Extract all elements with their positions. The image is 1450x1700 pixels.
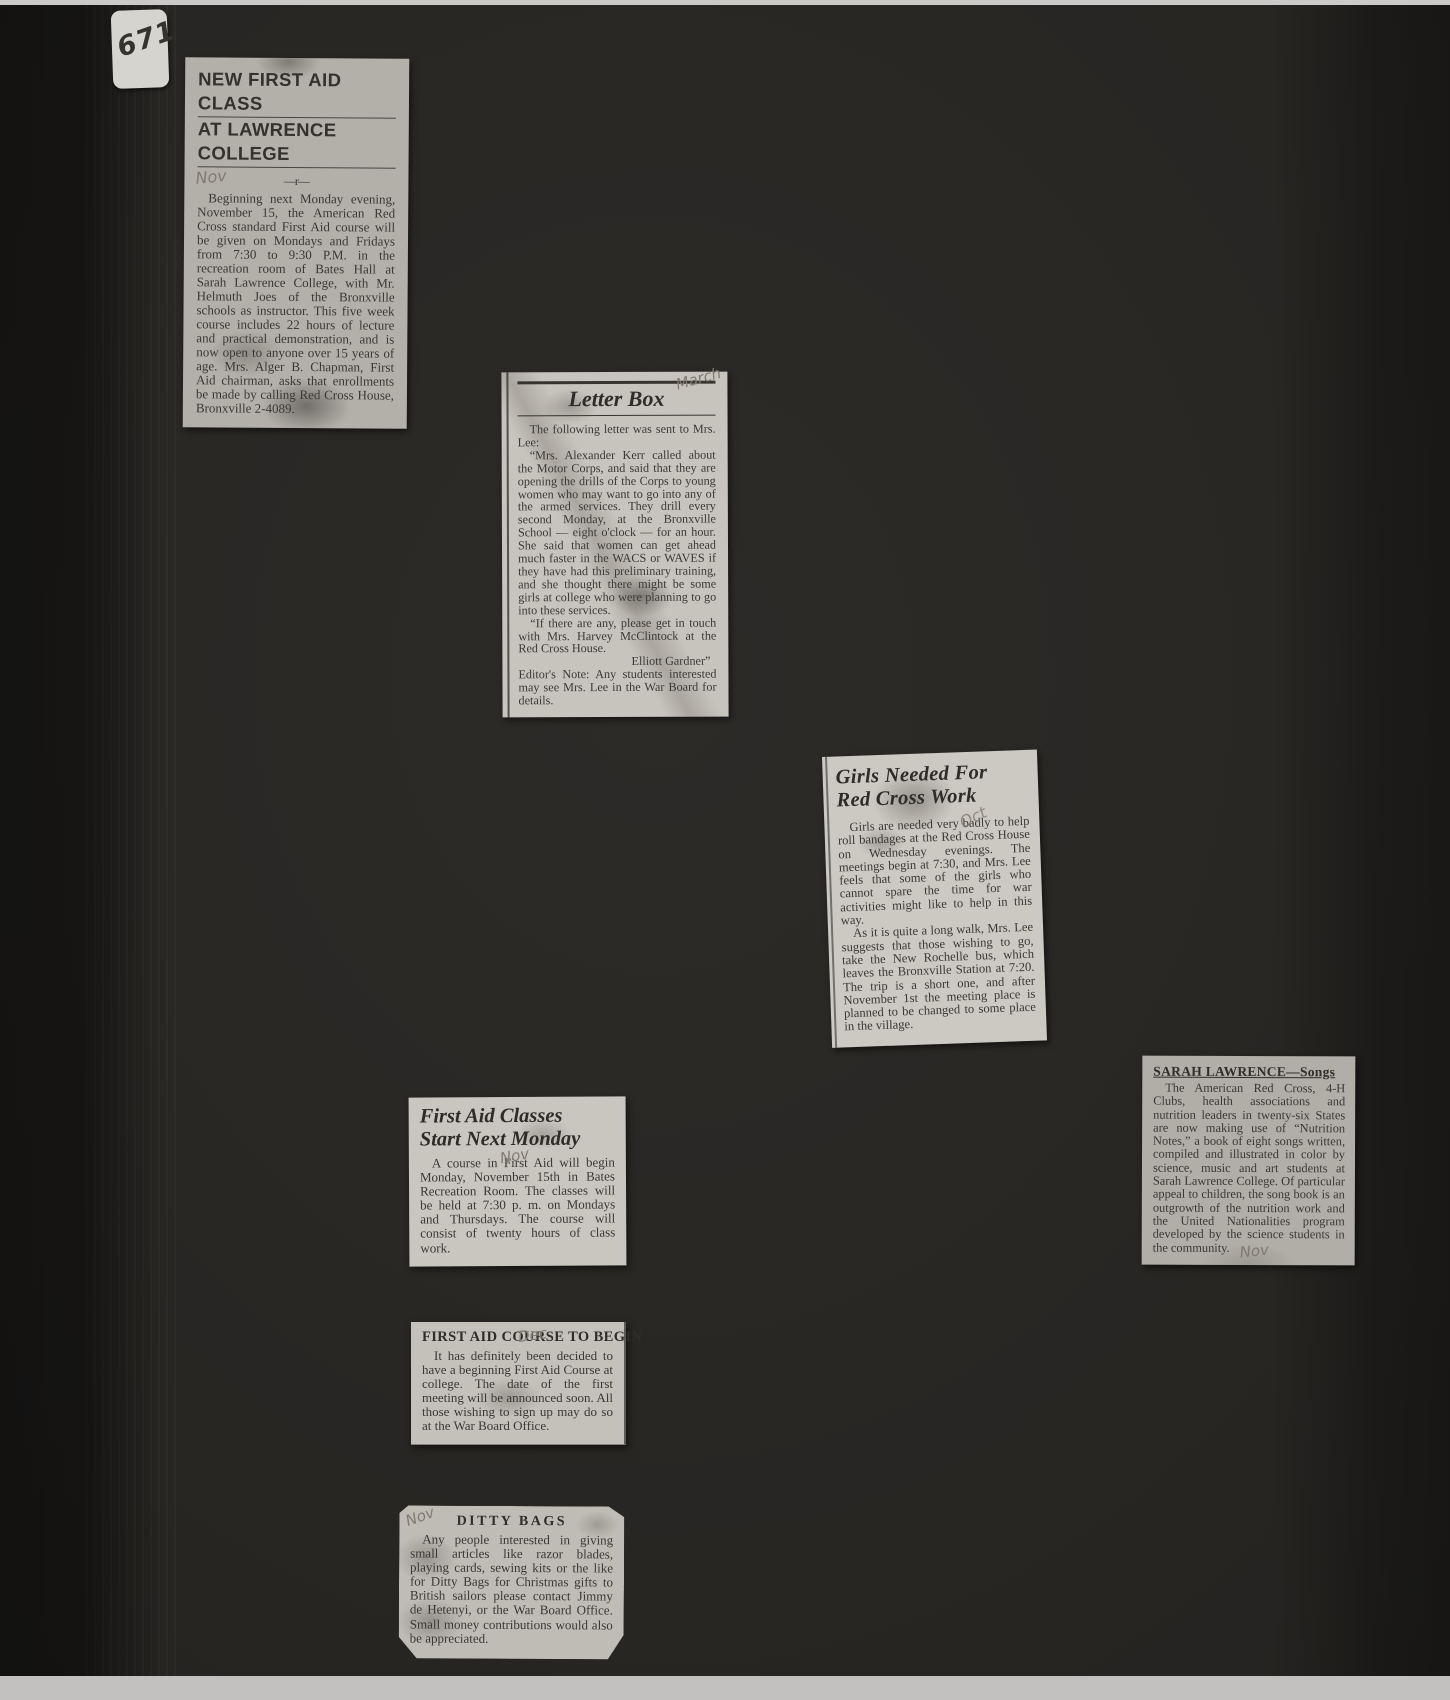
headline-line: NEW FIRST AID CLASS [198, 67, 396, 118]
photo-edge-top [0, 0, 1450, 5]
clipping-body-text: “If there are any, please get in touch w… [518, 616, 716, 655]
clipping-headline: NEW FIRST AID CLASS AT LAWRENCE COLLEGE [198, 67, 397, 168]
clipping-headline: First Aid Classes Start Next Monday [420, 1104, 615, 1151]
photo-edge-bottom [0, 1676, 1450, 1700]
clipping-body-text: The following letter was sent to Mrs. Le… [518, 423, 716, 450]
clipping-headline: DITTY BAGS [410, 1513, 613, 1530]
clipping-body-text: The American Red Cross, 4-H Clubs, healt… [1153, 1082, 1346, 1256]
headline-line: First Aid Classes [420, 1104, 615, 1128]
clipping-body-text: A course in First Aid will begin Monday,… [420, 1155, 616, 1255]
editors-note: Editor's Note: Any students interested m… [518, 668, 716, 707]
clipping-headline: SARAH LAWRENCE—Songs [1153, 1064, 1345, 1081]
clipping-sarah-lawrence-songs: SARAH LAWRENCE—Songs The American Red Cr… [1142, 1056, 1356, 1266]
headline-line: AT LAWRENCE COLLEGE [198, 117, 396, 168]
clipping-body-text: It has definitely been decided to have a… [422, 1349, 613, 1434]
clipping-ditty-bags: Nov DITTY BAGS Any people interested in … [399, 1505, 625, 1659]
clipping-body-text: Beginning next Monday evening, November … [196, 191, 396, 416]
clipping-first-aid-classes: First Aid Classes Start Next Monday Nov … [409, 1096, 627, 1266]
handwritten-month-annotation: Nov [195, 166, 228, 188]
clipping-body-text: Girls are needed very badly to help roll… [837, 815, 1033, 928]
scrapbook-photo: 671 NEW FIRST AID CLASS AT LAWRENCE COLL… [0, 0, 1450, 1700]
clipping-headline: Girls Needed For Red Cross Work [835, 760, 1028, 813]
clipping-letter-box: March Letter Box The following letter wa… [501, 372, 728, 718]
clipping-body-text: As it is quite a long walk, Mrs. Lee sug… [841, 921, 1037, 1034]
clipping-body-text: “Mrs. Alexander Kerr called about the Mo… [518, 448, 717, 616]
clipping-body-text: Any people interested in giving small ar… [410, 1532, 614, 1646]
clipping-girls-needed: Girls Needed For Red Cross Work Oct Girl… [822, 749, 1047, 1047]
handwritten-month-annotation: Nov [1239, 1240, 1270, 1261]
page-number-label: 671 [111, 9, 170, 89]
headline-divider-row: Nov —r— [197, 167, 395, 192]
clipping-new-first-aid-class: NEW FIRST AID CLASS AT LAWRENCE COLLEGE … [183, 57, 410, 429]
clipping-first-aid-course-to-begin: FIRST AID COURSE TO BEGIN Dec It has def… [411, 1322, 626, 1445]
decorative-divider: —r— [197, 167, 395, 189]
